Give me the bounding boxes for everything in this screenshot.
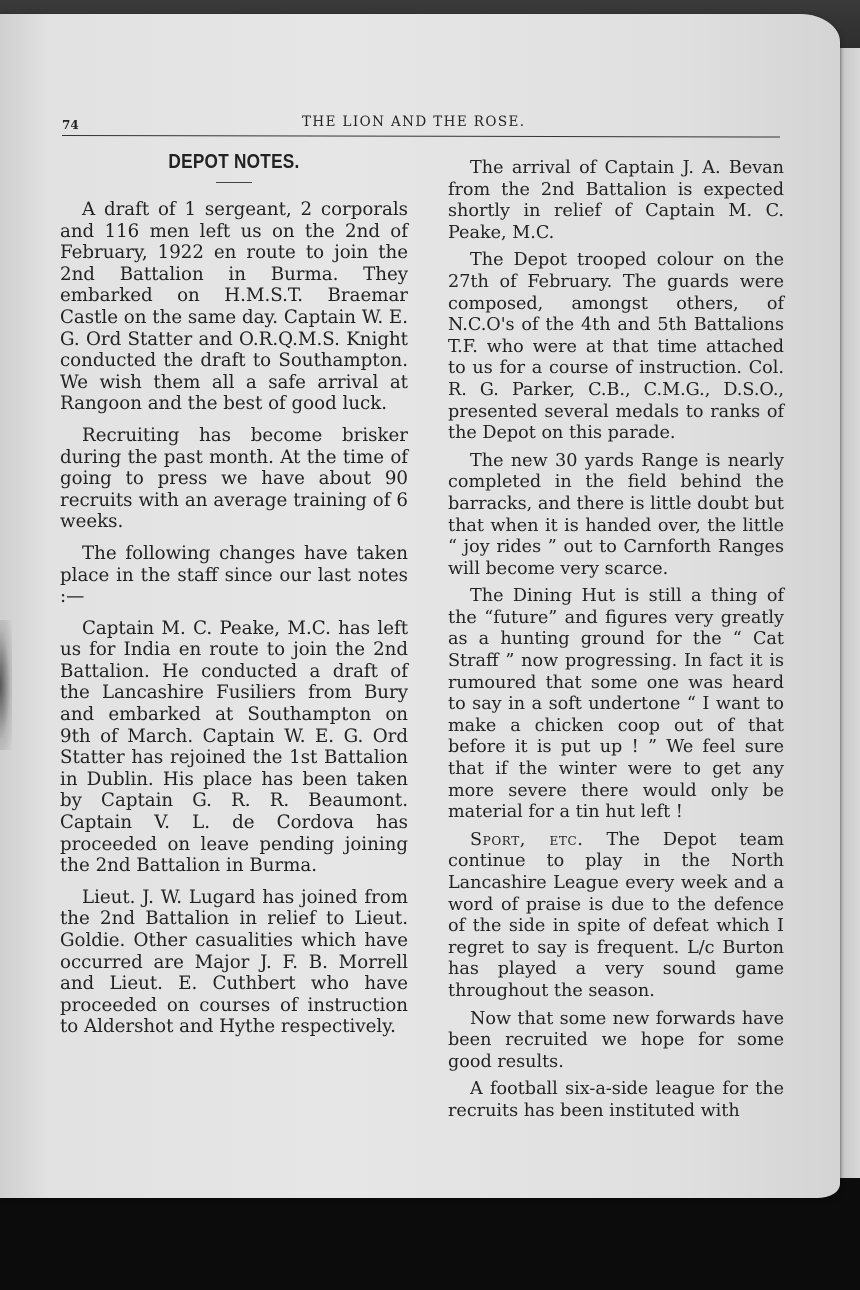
paragraph: The following changes have taken place i… [60,543,408,608]
paragraph: Recruiting has become brisker during the… [60,425,408,533]
next-page-edge [838,48,860,1178]
sport-label: Sport, etc. [470,830,584,850]
right-column: The arrival of Captain J. A. Bevan from … [448,158,784,1129]
paragraph: The Depot trooped colour on the 27th of … [448,250,784,444]
article-title: DEPOT NOTES. [84,152,383,178]
left-column: DEPOT NOTES. A draft of 1 sergeant, 2 co… [60,152,408,1048]
title-dash [216,182,252,183]
paragraph: The Dining Hut is still a thing of the “… [448,586,784,824]
page-number: 74 [62,118,79,132]
paragraph: Captain M. C. Peake, M.C. has left us fo… [60,618,408,877]
sport-paragraph: Sport, etc. The Depot team continue to p… [448,830,784,1003]
paragraph: The arrival of Captain J. A. Bevan from … [448,158,784,244]
paragraph: The new 30 yards Range is nearly complet… [448,451,784,581]
paragraph: A draft of 1 sergeant, 2 corporals and 1… [60,199,408,415]
journal-title: THE LION AND THE ROSE. [302,114,525,130]
paragraph: A football six-a-side league for the rec… [448,1079,784,1122]
thumb-shadow [0,620,12,750]
sport-text: The Depot team continue to play in the N… [448,830,784,1001]
running-head: 74 THE LION AND THE ROSE. [62,114,780,134]
paragraph: Now that some new forwards have been rec… [448,1009,784,1074]
paragraph: Lieut. J. W. Lugard has joined from the … [60,887,408,1038]
